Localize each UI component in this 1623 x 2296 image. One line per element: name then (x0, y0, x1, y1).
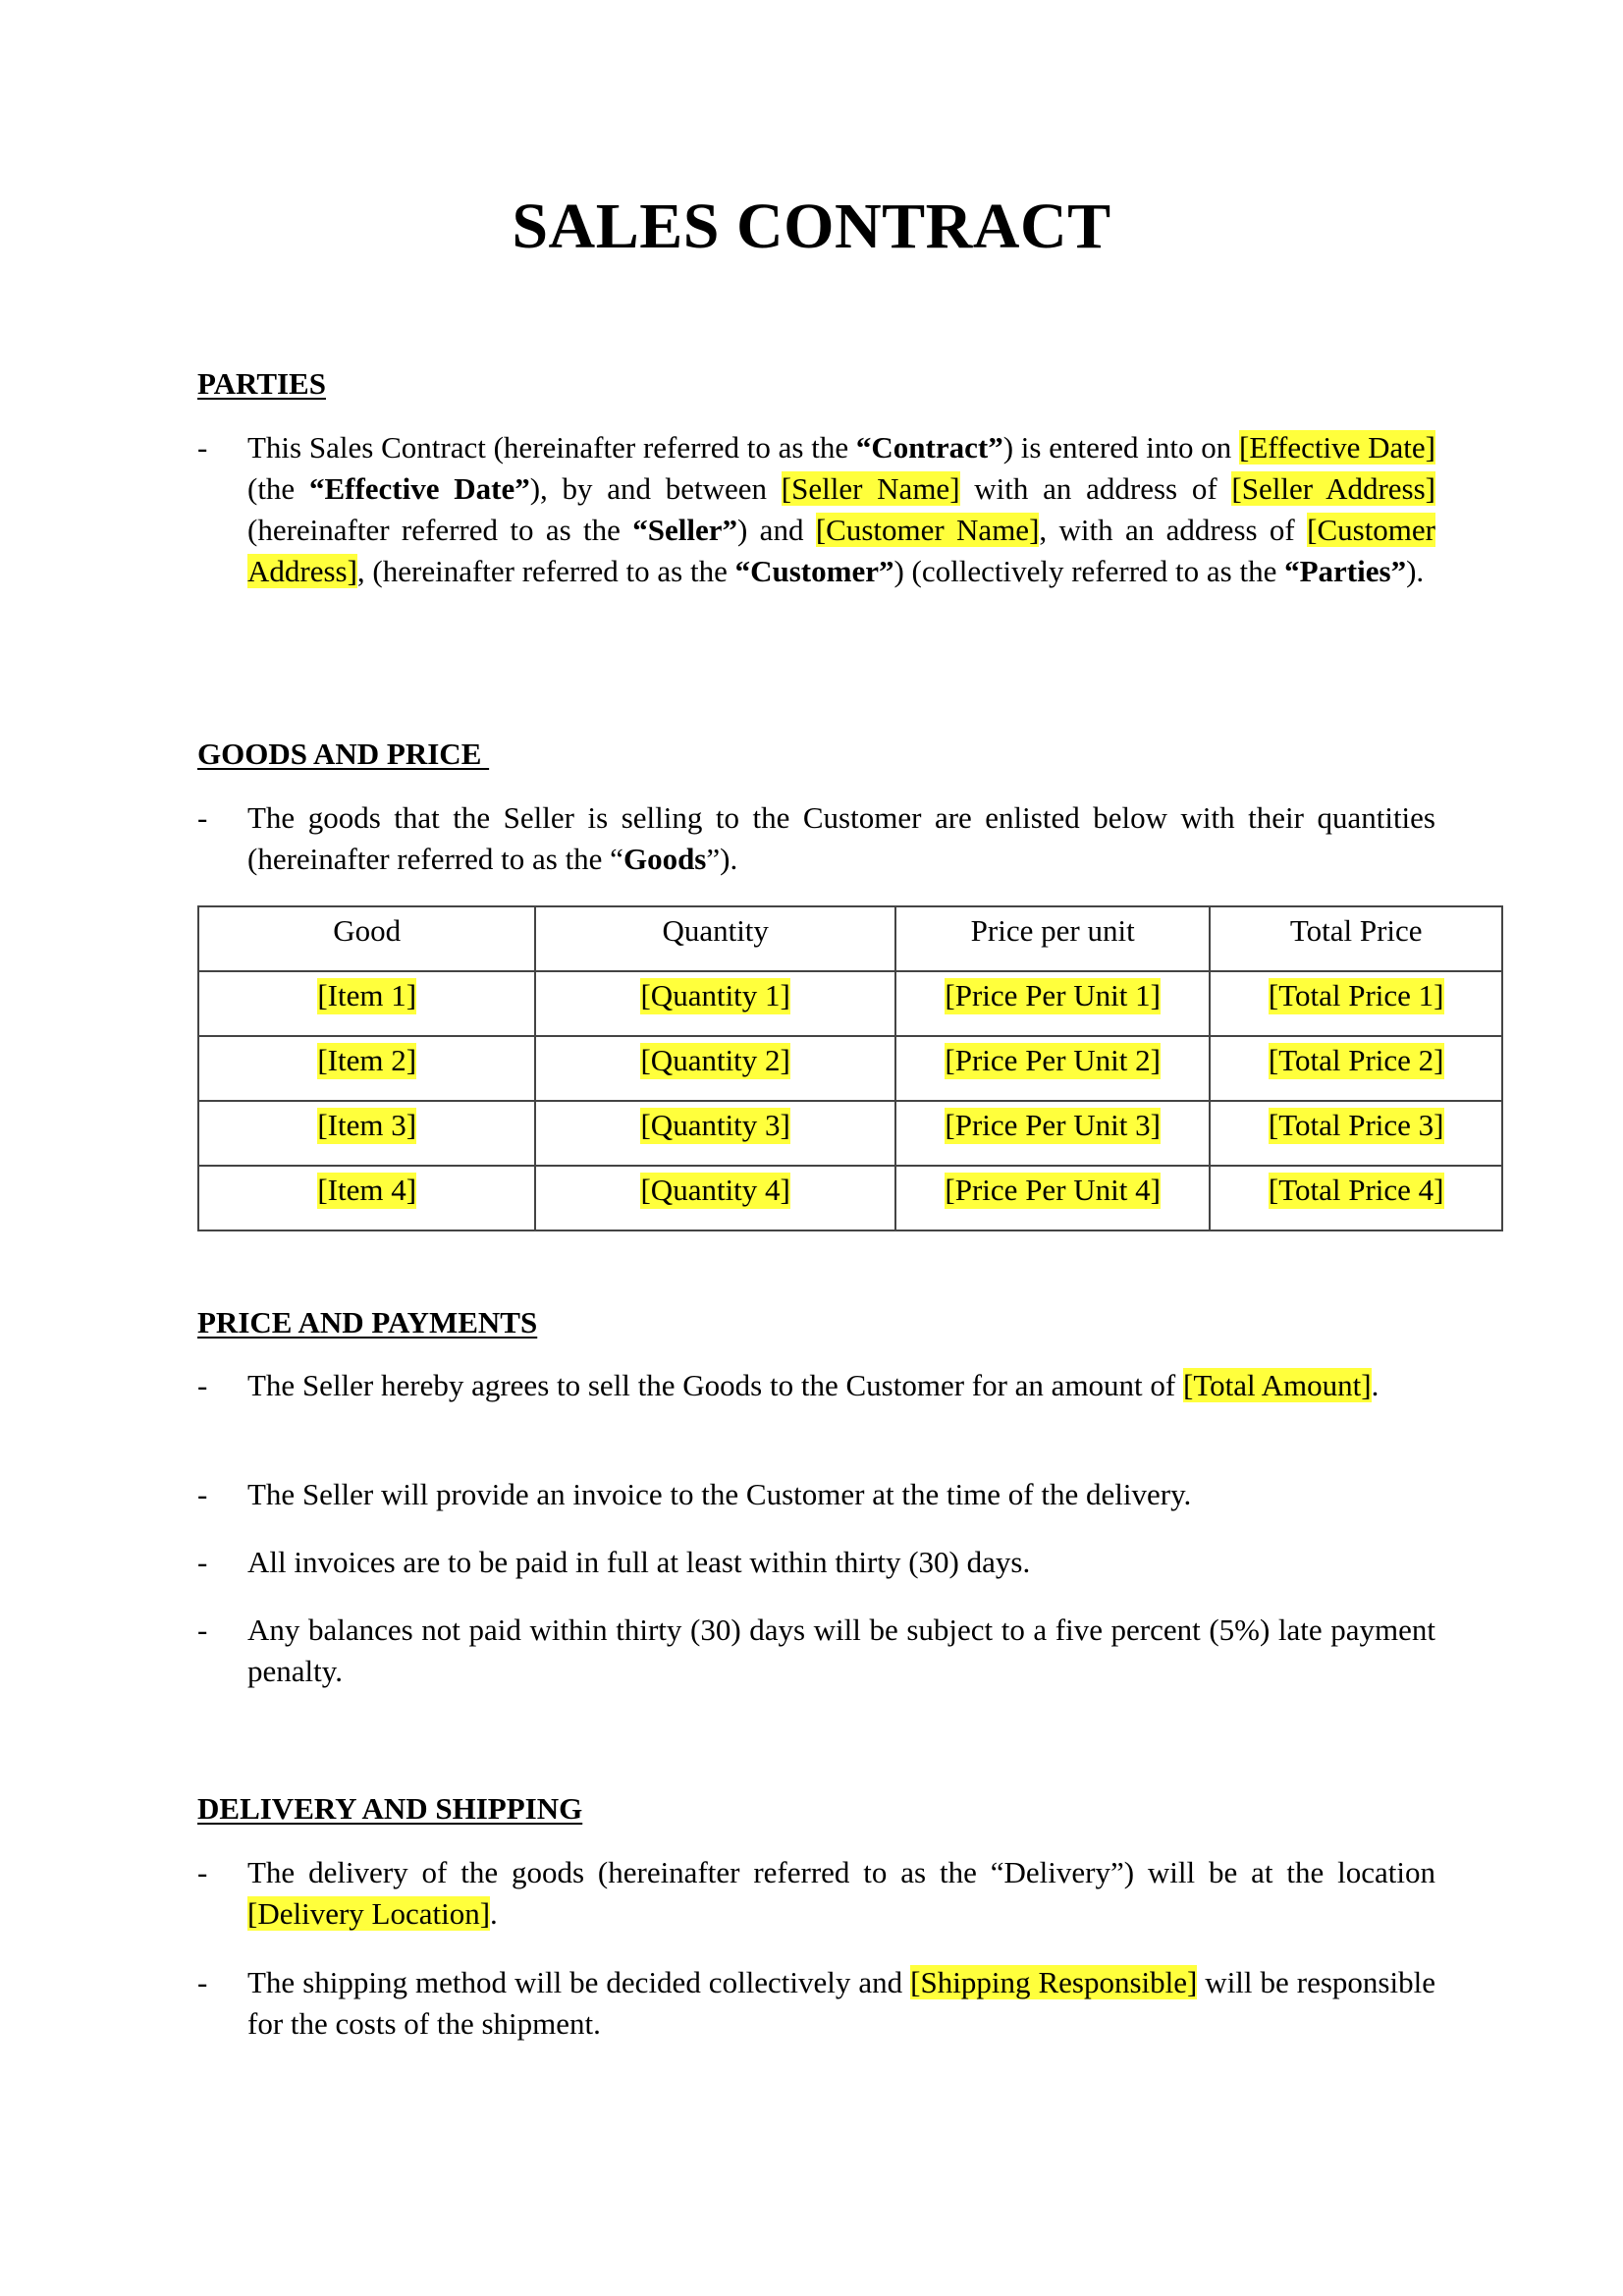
field-seller-address[interactable]: [Seller Address] (1231, 471, 1435, 506)
field-item[interactable]: [Item 4] (317, 1173, 416, 1209)
field-item[interactable]: [Item 1] (317, 978, 416, 1014)
cell-total-price: [Total Price 1] (1210, 971, 1502, 1036)
bullet-dash: - (197, 1365, 227, 1406)
parties-paragraph: - This Sales Contract (hereinafter refer… (197, 427, 1435, 592)
field-total-price[interactable]: [Total Price 2] (1269, 1043, 1444, 1079)
cell-item: [Item 1] (198, 971, 535, 1036)
column-header-total-price: Total Price (1210, 906, 1502, 971)
cell-quantity: [Quantity 3] (535, 1101, 895, 1166)
bullet-dash: - (197, 427, 227, 468)
field-quantity[interactable]: [Quantity 1] (640, 978, 789, 1014)
field-item[interactable]: [Item 3] (317, 1108, 416, 1144)
table-row: [Item 2] [Quantity 2] [Price Per Unit 2]… (198, 1036, 1502, 1101)
bullet-dash: - (197, 1962, 227, 2003)
payments-paragraph-terms: - All invoices are to be paid in full at… (197, 1542, 1435, 1583)
defined-term-contract: “Contract” (856, 430, 1003, 465)
payments-paragraph-amount: - The Seller hereby agrees to sell the G… (197, 1365, 1435, 1406)
text: Any balances not paid within thirty (30)… (247, 1610, 1435, 1692)
section-heading-parties: PARTIES (197, 368, 326, 399)
section-heading-delivery: DELIVERY AND SHIPPING (197, 1793, 582, 1824)
field-delivery-location[interactable]: [Delivery Location] (247, 1896, 490, 1931)
field-effective-date[interactable]: [Effective Date] (1239, 430, 1435, 465)
cell-quantity: [Quantity 1] (535, 971, 895, 1036)
field-quantity[interactable]: [Quantity 2] (640, 1043, 789, 1079)
cell-total-price: [Total Price 4] (1210, 1166, 1502, 1230)
field-item[interactable]: [Item 2] (317, 1043, 416, 1079)
text: ), by and between (530, 471, 782, 506)
text: ) and (737, 513, 816, 547)
column-header-good: Good (198, 906, 535, 971)
field-seller-name[interactable]: [Seller Name] (782, 471, 960, 506)
payments-paragraph-invoice: - The Seller will provide an invoice to … (197, 1474, 1435, 1515)
defined-term-seller: “Seller” (632, 513, 737, 547)
cell-quantity: [Quantity 4] (535, 1166, 895, 1230)
text: ”). (706, 842, 737, 876)
field-price-per-unit[interactable]: [Price Per Unit 3] (945, 1108, 1161, 1144)
delivery-paragraph-shipping: - The shipping method will be decided co… (197, 1962, 1435, 2045)
bullet-dash: - (197, 1542, 227, 1583)
cell-price-per-unit: [Price Per Unit 1] (895, 971, 1211, 1036)
field-shipping-responsible[interactable]: [Shipping Responsible] (910, 1965, 1197, 1999)
text: ) is entered into on (1003, 430, 1239, 465)
text: , with an address of (1039, 513, 1307, 547)
text: . (490, 1896, 498, 1931)
cell-item: [Item 2] (198, 1036, 535, 1101)
defined-term-goods: Goods (623, 842, 706, 876)
defined-term-customer: “Customer” (735, 554, 894, 588)
bullet-dash: - (197, 1610, 227, 1651)
cell-price-per-unit: [Price Per Unit 3] (895, 1101, 1211, 1166)
text: The shipping method will be decided coll… (247, 1965, 910, 1999)
bullet-dash: - (197, 1474, 227, 1515)
goods-table: Good Quantity Price per unit Total Price… (197, 905, 1503, 1231)
text: The goods that the Seller is selling to … (247, 800, 1435, 876)
section-heading-payments: PRICE AND PAYMENTS (197, 1307, 537, 1338)
text: The delivery of the goods (hereinafter r… (247, 1855, 1435, 1889)
bullet-dash: - (197, 797, 227, 839)
field-total-amount[interactable]: [Total Amount] (1183, 1368, 1372, 1402)
cell-total-price: [Total Price 2] (1210, 1036, 1502, 1101)
text: with an address of (960, 471, 1232, 506)
goods-paragraph: - The goods that the Seller is selling t… (197, 797, 1435, 880)
delivery-paragraph-location: - The delivery of the goods (hereinafter… (197, 1852, 1435, 1935)
cell-quantity: [Quantity 2] (535, 1036, 895, 1101)
field-total-price[interactable]: [Total Price 1] (1269, 978, 1444, 1014)
text: . (1372, 1368, 1380, 1402)
text: (hereinafter referred to as the (247, 513, 632, 547)
cell-item: [Item 3] (198, 1101, 535, 1166)
text: The Seller will provide an invoice to th… (247, 1474, 1435, 1515)
column-header-quantity: Quantity (535, 906, 895, 971)
text: (the (247, 471, 309, 506)
text: , (hereinafter referred to as the (357, 554, 735, 588)
payments-paragraph-penalty: - Any balances not paid within thirty (3… (197, 1610, 1435, 1692)
table-header-row: Good Quantity Price per unit Total Price (198, 906, 1502, 971)
text: ). (1406, 554, 1424, 588)
cell-price-per-unit: [Price Per Unit 2] (895, 1036, 1211, 1101)
field-customer-name[interactable]: [Customer Name] (816, 513, 1040, 547)
field-quantity[interactable]: [Quantity 4] (640, 1173, 789, 1209)
field-total-price[interactable]: [Total Price 4] (1269, 1173, 1444, 1209)
field-price-per-unit[interactable]: [Price Per Unit 2] (945, 1043, 1161, 1079)
cell-item: [Item 4] (198, 1166, 535, 1230)
cell-total-price: [Total Price 3] (1210, 1101, 1502, 1166)
table-row: [Item 4] [Quantity 4] [Price Per Unit 4]… (198, 1166, 1502, 1230)
field-price-per-unit[interactable]: [Price Per Unit 1] (945, 978, 1161, 1014)
section-heading-goods: GOODS AND PRICE (197, 738, 489, 769)
bullet-dash: - (197, 1852, 227, 1893)
field-quantity[interactable]: [Quantity 3] (640, 1108, 789, 1144)
table-row: [Item 1] [Quantity 1] [Price Per Unit 1]… (198, 971, 1502, 1036)
column-header-price-per-unit: Price per unit (895, 906, 1211, 971)
table-row: [Item 3] [Quantity 3] [Price Per Unit 3]… (198, 1101, 1502, 1166)
text: ) (collectively referred to as the (893, 554, 1284, 588)
field-total-price[interactable]: [Total Price 3] (1269, 1108, 1444, 1144)
defined-term-parties: “Parties” (1284, 554, 1406, 588)
text: All invoices are to be paid in full at l… (247, 1542, 1435, 1583)
text: This Sales Contract (hereinafter referre… (247, 430, 856, 465)
defined-term-effective-date: “Effective Date” (309, 471, 530, 506)
cell-price-per-unit: [Price Per Unit 4] (895, 1166, 1211, 1230)
text: The Seller hereby agrees to sell the Goo… (247, 1368, 1183, 1402)
document-title: SALES CONTRACT (0, 194, 1623, 259)
field-price-per-unit[interactable]: [Price Per Unit 4] (945, 1173, 1161, 1209)
